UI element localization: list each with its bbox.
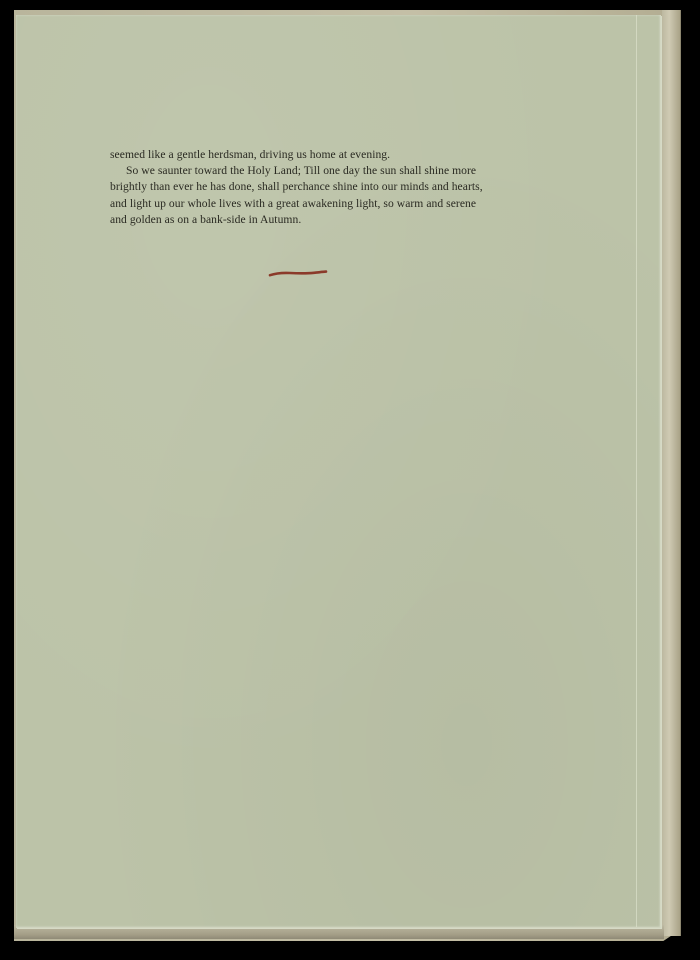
page-deckle-edge [636, 15, 637, 927]
text-line: and light up our whole lives with a grea… [110, 196, 530, 212]
text-line: So we saunter toward the Holy Land; Till… [110, 163, 530, 179]
text-line: seemed like a gentle herdsman, driving u… [110, 147, 530, 163]
body-text: seemed like a gentle herdsman, driving u… [110, 147, 530, 228]
text-line: and golden as on a bank-side in Autumn. [110, 212, 530, 228]
hand-drawn-rule-icon [268, 267, 328, 279]
board-edge-right [662, 10, 681, 936]
text-line: brightly than ever he has done, shall pe… [110, 179, 530, 195]
book-page: seemed like a gentle herdsman, driving u… [16, 15, 661, 928]
